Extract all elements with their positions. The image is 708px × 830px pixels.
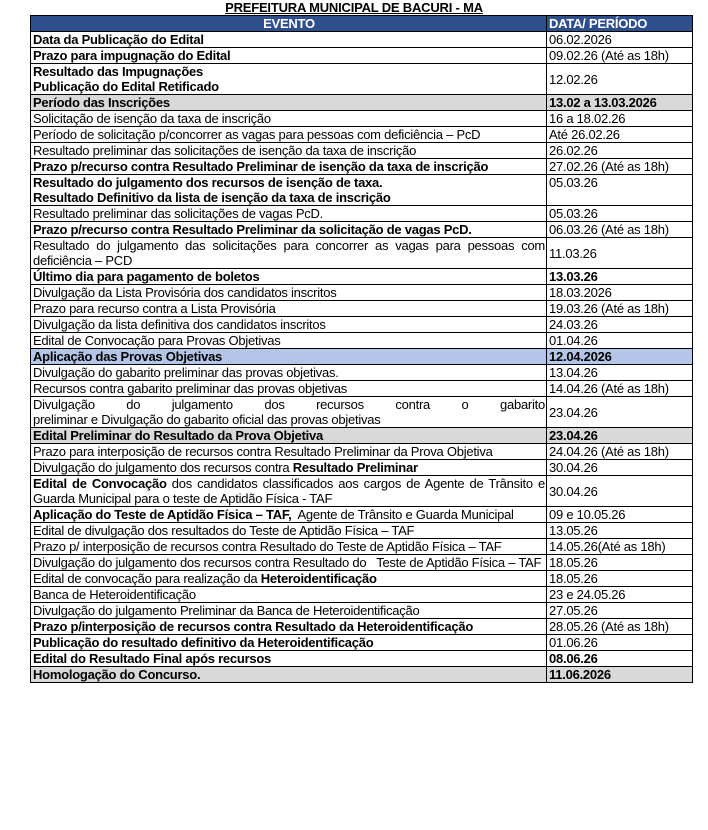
- table-row: Divulgação do julgamento dos recursos co…: [31, 397, 693, 428]
- date-cell: 19.03.26 (Até as 18h): [547, 301, 693, 317]
- date-cell: 01.06.26: [547, 635, 693, 651]
- date-cell: 13.02 a 13.03.2026: [547, 95, 693, 111]
- date-cell: 16 a 18.02.26: [547, 111, 693, 127]
- event-text: Divulgação do julgamento dos recursos co…: [33, 555, 541, 570]
- event-text: Edital de divulgação dos resultados do T…: [33, 523, 414, 538]
- event-cell: Edital de divulgação dos resultados do T…: [31, 523, 547, 539]
- event-text: Edital do Resultado Final após recursos: [33, 651, 271, 666]
- date-cell: 28.05.26 (Até as 18h): [547, 619, 693, 635]
- event-cell: Aplicação do Teste de Aptidão Física – T…: [31, 507, 547, 523]
- event-text: Divulgação do julgamento Preliminar da B…: [33, 603, 420, 618]
- event-cell: Divulgação do julgamento dos recursos co…: [31, 555, 547, 571]
- event-text: Edital de convocação para realização da: [33, 571, 261, 586]
- event-cell: Prazo p/recurso contra Resultado Prelimi…: [31, 222, 547, 238]
- event-text: Prazo p/interposição de recursos contra …: [33, 619, 473, 634]
- event-text: Divulgação da Lista Provisória dos candi…: [33, 285, 336, 300]
- event-text: Divulgação do julgamento dos recursos co…: [33, 460, 293, 475]
- date-cell: 08.06.26: [547, 651, 693, 667]
- date-cell: 23.04.26: [547, 397, 693, 428]
- event-text: Período das Inscrições: [33, 95, 170, 110]
- event-text: Resultado Definitivo da lista de isenção…: [33, 190, 545, 205]
- event-cell: Prazo p/recurso contra Resultado Prelimi…: [31, 159, 547, 175]
- event-cell: Divulgação do julgamento dos recursos co…: [31, 460, 547, 476]
- event-text: Resultado Preliminar: [293, 460, 418, 475]
- event-text: Prazo p/recurso contra Resultado Prelimi…: [33, 159, 488, 174]
- date-cell: 24.03.26: [547, 317, 693, 333]
- date-cell: 23 e 24.05.26: [547, 587, 693, 603]
- date-cell: 06.02.2026: [547, 32, 693, 48]
- table-row: Período de solicitação p/concorrer as va…: [31, 127, 693, 143]
- event-text: Heteroidentificação: [261, 571, 377, 586]
- event-text: Resultado do julgamento dos recursos de …: [33, 175, 545, 190]
- column-header-event: EVENTO: [31, 16, 547, 32]
- date-cell: 23.04.26: [547, 428, 693, 444]
- table-row: Resultado das ImpugnaçõesPublicação do E…: [31, 64, 693, 95]
- event-text: Prazo p/recurso contra Resultado Prelimi…: [33, 222, 472, 237]
- event-text: Último dia para pagamento de boletos: [33, 269, 259, 284]
- event-cell: Divulgação do julgamento Preliminar da B…: [31, 603, 547, 619]
- table-row: Prazo p/interposição de recursos contra …: [31, 619, 693, 635]
- event-text: Resultado preliminar das solicitações de…: [33, 143, 416, 158]
- event-text: Solicitação de isenção da taxa de inscri…: [33, 111, 271, 126]
- event-text: Edital Preliminar do Resultado da Prova …: [33, 428, 323, 443]
- table-row: Resultado preliminar das solicitações de…: [31, 143, 693, 159]
- event-cell: Edital de convocação para realização da …: [31, 571, 547, 587]
- event-text: Prazo p/ interposição de recursos contra…: [33, 539, 501, 554]
- schedule-table: EVENTO DATA/ PERÍODO Data da Publicação …: [30, 15, 693, 683]
- table-row: Edital do Resultado Final após recursos0…: [31, 651, 693, 667]
- table-row: Prazo p/recurso contra Resultado Prelimi…: [31, 159, 693, 175]
- event-cell: Resultado preliminar das solicitações de…: [31, 143, 547, 159]
- date-cell: 27.02.26 (Até as 18h): [547, 159, 693, 175]
- table-body: Data da Publicação do Edital06.02.2026Pr…: [31, 32, 693, 683]
- date-cell: 30.04.26: [547, 476, 693, 507]
- event-text: Resultado preliminar das solicitações de…: [33, 206, 323, 221]
- table-row: Recursos contra gabarito preliminar das …: [31, 381, 693, 397]
- event-cell: Recursos contra gabarito preliminar das …: [31, 381, 547, 397]
- date-cell: 30.04.26: [547, 460, 693, 476]
- event-cell: Edital de Convocação dos candidatos clas…: [31, 476, 547, 507]
- date-cell: 11.06.2026: [547, 667, 693, 683]
- table-row: Edital de Convocação dos candidatos clas…: [31, 476, 693, 507]
- event-text: Recursos contra gabarito preliminar das …: [33, 381, 347, 396]
- date-cell: 13.04.26: [547, 365, 693, 381]
- date-cell: 05.03.26: [547, 206, 693, 222]
- event-cell: Resultado preliminar das solicitações de…: [31, 206, 547, 222]
- date-cell: 18.05.26: [547, 555, 693, 571]
- event-text: Prazo para impugnação do Edital: [33, 48, 230, 63]
- event-cell: Data da Publicação do Edital: [31, 32, 547, 48]
- table-row: Resultado preliminar das solicitações de…: [31, 206, 693, 222]
- table-row: Divulgação do julgamento dos recursos co…: [31, 460, 693, 476]
- event-cell: Período das Inscrições: [31, 95, 547, 111]
- date-cell: 13.05.26: [547, 523, 693, 539]
- table-row: Data da Publicação do Edital06.02.2026: [31, 32, 693, 48]
- event-text: Resultado do julgamento das solicitações…: [33, 238, 547, 268]
- page-title: PREFEITURA MUNICIPAL DE BACURI - MA: [0, 0, 708, 15]
- event-text: Prazo para interposição de recursos cont…: [33, 444, 493, 459]
- date-cell: 24.04.26 (Até as 18h): [547, 444, 693, 460]
- table-row: Prazo para recurso contra a Lista Provis…: [31, 301, 693, 317]
- table-row: Aplicação do Teste de Aptidão Física – T…: [31, 507, 693, 523]
- date-cell: 12.02.26: [547, 64, 693, 95]
- event-text: Aplicação das Provas Objetivas: [33, 349, 222, 364]
- event-text: Período de solicitação p/concorrer as va…: [33, 127, 480, 142]
- table-row: Prazo para impugnação do Edital09.02.26 …: [31, 48, 693, 64]
- event-text: preliminar e Divulgação do gabarito ofic…: [33, 412, 545, 427]
- table-row: Banca de Heteroidentificação23 e 24.05.2…: [31, 587, 693, 603]
- table-row: Divulgação da Lista Provisória dos candi…: [31, 285, 693, 301]
- event-cell: Homologação do Concurso.: [31, 667, 547, 683]
- event-text: Resultado das Impugnações: [33, 64, 545, 79]
- date-cell: 09 e 10.05.26: [547, 507, 693, 523]
- date-cell: 13.03.26: [547, 269, 693, 285]
- event-cell: Divulgação do gabarito preliminar das pr…: [31, 365, 547, 381]
- table-row: Prazo para interposição de recursos cont…: [31, 444, 693, 460]
- event-cell: Prazo p/interposição de recursos contra …: [31, 619, 547, 635]
- event-text: Homologação do Concurso.: [33, 667, 200, 682]
- date-cell: 12.04.2026: [547, 349, 693, 365]
- date-cell: Até 26.02.26: [547, 127, 693, 143]
- event-text: Divulgação da lista definitiva dos candi…: [33, 317, 326, 332]
- table-row: Divulgação do julgamento dos recursos co…: [31, 555, 693, 571]
- event-cell: Banca de Heteroidentificação: [31, 587, 547, 603]
- event-cell: Divulgação da lista definitiva dos candi…: [31, 317, 547, 333]
- event-cell: Prazo para impugnação do Edital: [31, 48, 547, 64]
- table-row: Divulgação do julgamento Preliminar da B…: [31, 603, 693, 619]
- table-row: Último dia para pagamento de boletos13.0…: [31, 269, 693, 285]
- table-row: Edital Preliminar do Resultado da Prova …: [31, 428, 693, 444]
- event-cell: Edital do Resultado Final após recursos: [31, 651, 547, 667]
- event-text: Divulgação do julgamento dos recursos co…: [33, 397, 545, 412]
- table-row: Prazo p/ interposição de recursos contra…: [31, 539, 693, 555]
- date-cell: 05.03.26: [547, 175, 693, 206]
- event-text: Edital de Convocação: [33, 476, 167, 491]
- date-cell: 14.04.26 (Até as 18h): [547, 381, 693, 397]
- event-cell: Período de solicitação p/concorrer as va…: [31, 127, 547, 143]
- event-cell: Prazo para recurso contra a Lista Provis…: [31, 301, 547, 317]
- table-row: Edital de Convocação para Provas Objetiv…: [31, 333, 693, 349]
- event-text: Aplicação do Teste de Aptidão Física – T…: [33, 507, 291, 522]
- event-text: Publicação do Edital Retificado: [33, 79, 545, 94]
- date-cell: 18.03.2026: [547, 285, 693, 301]
- table-row: Período das Inscrições13.02 a 13.03.2026: [31, 95, 693, 111]
- date-cell: 06.03.26 (Até as 18h): [547, 222, 693, 238]
- event-cell: Resultado do julgamento dos recursos de …: [31, 175, 547, 206]
- table-row: Divulgação da lista definitiva dos candi…: [31, 317, 693, 333]
- event-text: Edital de Convocação para Provas Objetiv…: [33, 333, 280, 348]
- table-row: Resultado do julgamento dos recursos de …: [31, 175, 693, 206]
- event-cell: Resultado das ImpugnaçõesPublicação do E…: [31, 64, 547, 95]
- table-row: Edital de divulgação dos resultados do T…: [31, 523, 693, 539]
- event-cell: Edital Preliminar do Resultado da Prova …: [31, 428, 547, 444]
- table-header-row: EVENTO DATA/ PERÍODO: [31, 16, 693, 32]
- date-cell: 11.03.26: [547, 238, 693, 269]
- event-text: Agente de Trânsito e Guarda Municipal: [291, 507, 513, 522]
- table-row: Edital de convocação para realização da …: [31, 571, 693, 587]
- event-cell: Solicitação de isenção da taxa de inscri…: [31, 111, 547, 127]
- date-cell: 01.04.26: [547, 333, 693, 349]
- event-cell: Edital de Convocação para Provas Objetiv…: [31, 333, 547, 349]
- event-cell: Divulgação da Lista Provisória dos candi…: [31, 285, 547, 301]
- date-cell: 26.02.26: [547, 143, 693, 159]
- date-cell: 14.05.26(Até as 18h): [547, 539, 693, 555]
- table-row: Resultado do julgamento das solicitações…: [31, 238, 693, 269]
- table-row: Aplicação das Provas Objetivas12.04.2026: [31, 349, 693, 365]
- event-text: Banca de Heteroidentificação: [33, 587, 196, 602]
- event-cell: Resultado do julgamento das solicitações…: [31, 238, 547, 269]
- date-cell: 27.05.26: [547, 603, 693, 619]
- event-text: Prazo para recurso contra a Lista Provis…: [33, 301, 276, 316]
- event-cell: Último dia para pagamento de boletos: [31, 269, 547, 285]
- event-cell: Publicação do resultado definitivo da He…: [31, 635, 547, 651]
- event-cell: Divulgação do julgamento dos recursos co…: [31, 397, 547, 428]
- event-cell: Aplicação das Provas Objetivas: [31, 349, 547, 365]
- event-text: Publicação do resultado definitivo da He…: [33, 635, 373, 650]
- column-header-date: DATA/ PERÍODO: [547, 16, 693, 32]
- event-cell: Prazo para interposição de recursos cont…: [31, 444, 547, 460]
- event-text: Divulgação do gabarito preliminar das pr…: [33, 365, 339, 380]
- table-row: Divulgação do gabarito preliminar das pr…: [31, 365, 693, 381]
- date-cell: 18.05.26: [547, 571, 693, 587]
- date-cell: 09.02.26 (Até as 18h): [547, 48, 693, 64]
- table-row: Publicação do resultado definitivo da He…: [31, 635, 693, 651]
- table-row: Solicitação de isenção da taxa de inscri…: [31, 111, 693, 127]
- table-row: Homologação do Concurso.11.06.2026: [31, 667, 693, 683]
- event-text: Data da Publicação do Edital: [33, 32, 204, 47]
- event-cell: Prazo p/ interposição de recursos contra…: [31, 539, 547, 555]
- table-row: Prazo p/recurso contra Resultado Prelimi…: [31, 222, 693, 238]
